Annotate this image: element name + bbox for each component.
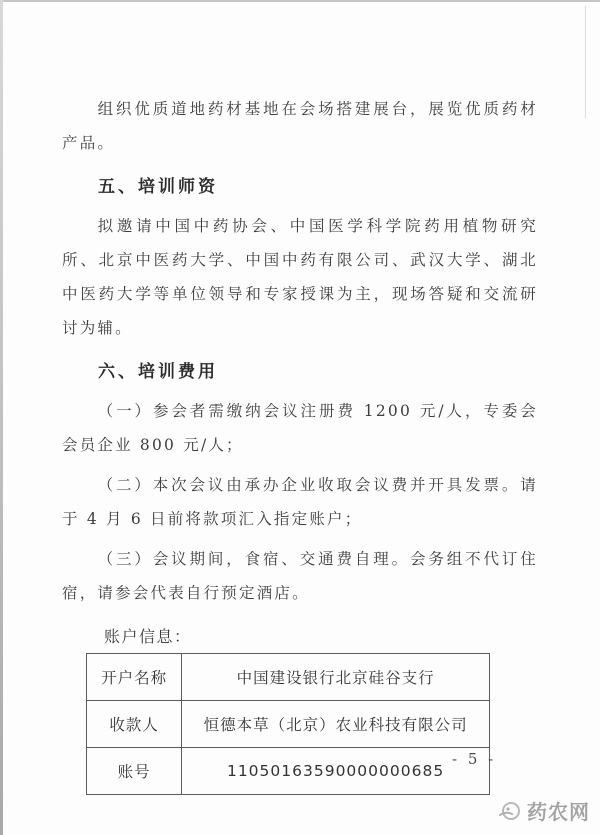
fee-item-3: （三）会议期间，食宿、交通费自理。会务组不代订住宿，请参会代表自行预定酒店。 [62, 542, 538, 610]
scan-edge-top [0, 0, 600, 2]
account-number-value: 11050163590000000685 [182, 748, 490, 795]
scan-edge-right [585, 6, 586, 118]
intro-paragraph: 组织优质道地药材基地在会场搭建展台，展览优质药材产品。 [62, 92, 538, 160]
account-bank-value: 中国建设银行北京硅谷支行 [182, 654, 490, 701]
page-number: - 5 - [452, 750, 496, 768]
account-info-table: 开户名称 中国建设银行北京硅谷支行 收款人 恒德本草（北京）农业科技有限公司 账… [86, 653, 490, 795]
section-heading-training-fees: 六、培训费用 [98, 357, 538, 382]
watermark: 药农网 [498, 796, 590, 825]
account-info-label: 账户信息： [104, 624, 538, 647]
fee-item-1: （一）参会者需缴纳会议注册费 1200 元/人，专委会会员企业 800 元/人； [62, 394, 538, 462]
watermark-text: 药农网 [527, 796, 590, 825]
scanned-document-page: 组织优质道地药材基地在会场搭建展台，展览优质药材产品。 五、培训师资 拟邀请中国… [0, 0, 600, 835]
account-bank-label: 开户名称 [87, 654, 182, 701]
table-row: 开户名称 中国建设银行北京硅谷支行 [87, 654, 490, 701]
document-body: 组织优质道地药材基地在会场搭建展台，展览优质药材产品。 五、培训师资 拟邀请中国… [62, 92, 538, 795]
account-payee-label: 收款人 [87, 701, 182, 748]
section-heading-training-faculty: 五、培训师资 [98, 172, 538, 197]
table-row: 账号 11050163590000000685 [87, 748, 490, 795]
account-payee-value: 恒德本草（北京）农业科技有限公司 [182, 701, 490, 748]
scan-edge-left [0, 0, 3, 835]
table-row: 收款人 恒德本草（北京）农业科技有限公司 [87, 701, 490, 748]
fee-item-2: （二）本次会议由承办企业收取会议费并开具发票。请于 4 月 6 日前将款项汇入指… [62, 468, 538, 536]
account-number-label: 账号 [87, 748, 182, 795]
faculty-paragraph: 拟邀请中国中药协会、中国医学科学院药用植物研究所、北京中医药大学、中国中药有限公… [62, 209, 538, 345]
yaonong-logo-icon [498, 799, 522, 823]
